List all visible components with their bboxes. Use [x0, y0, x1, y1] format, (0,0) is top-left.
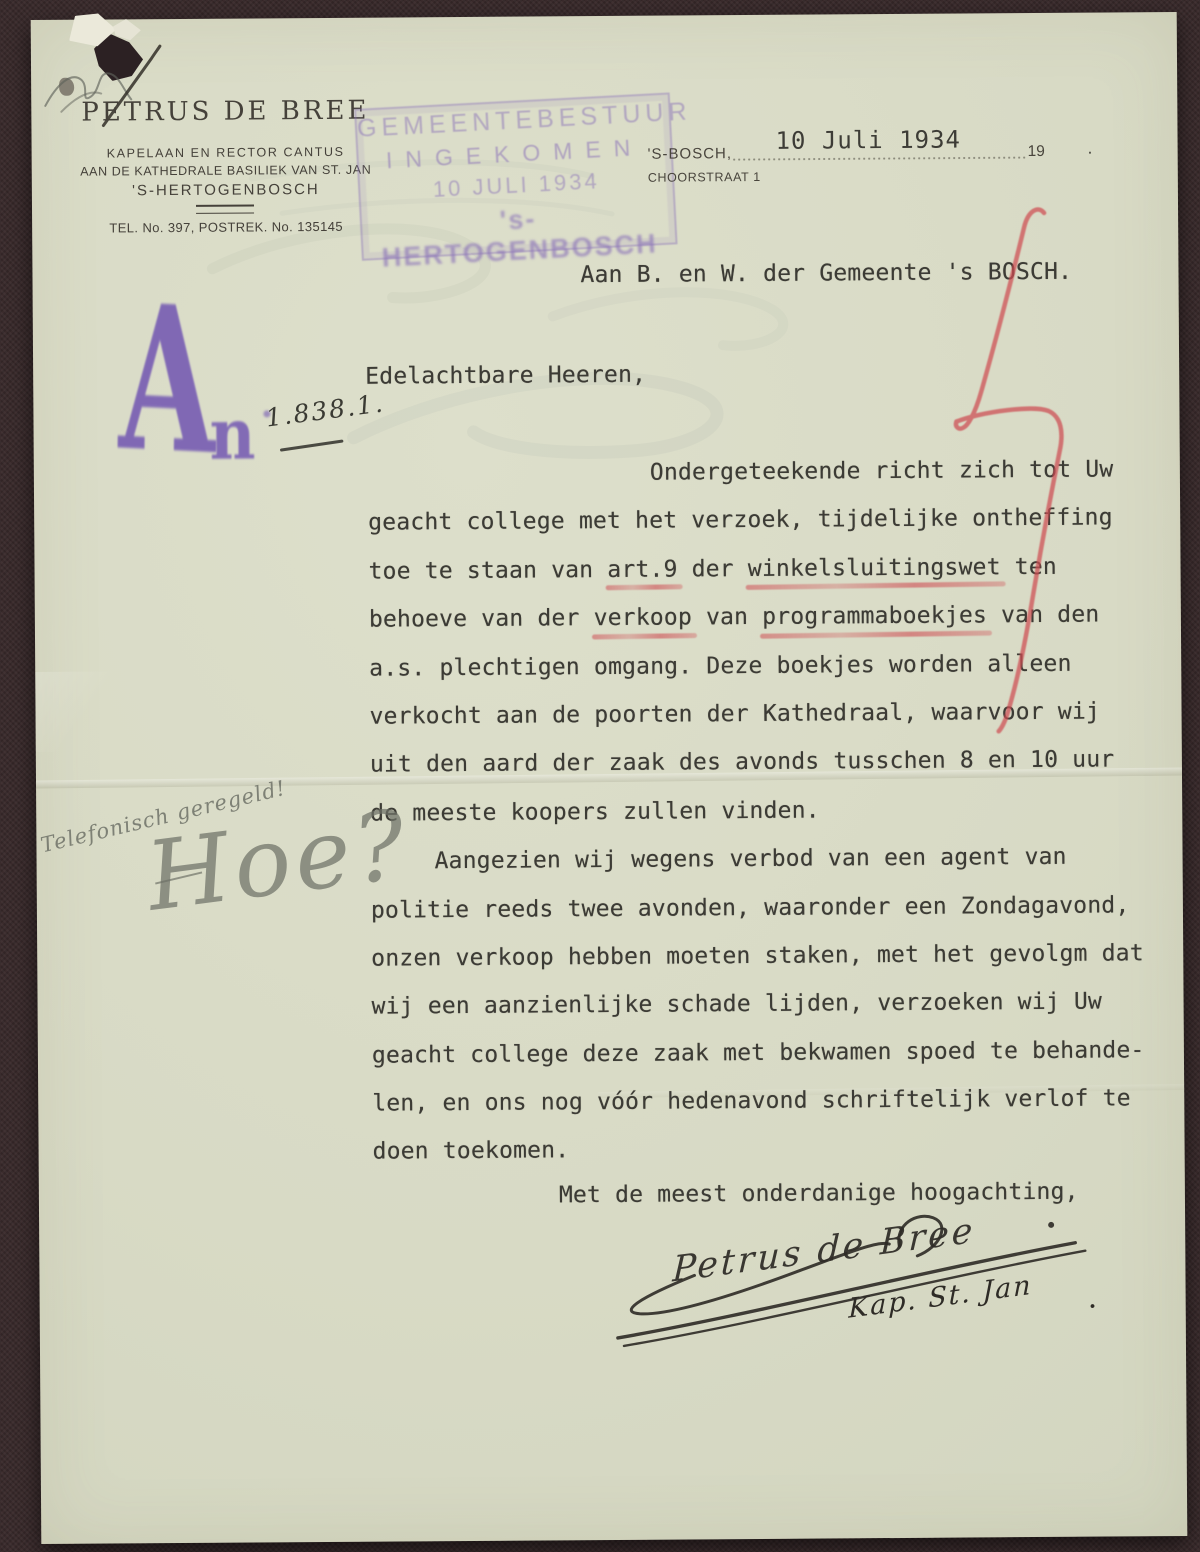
signature-period: . [1088, 1281, 1098, 1316]
signature-block: Petrus de Bree Kap. St. Jan . [599, 1202, 1145, 1371]
letter-page: PETRUS DE BREE KAPELAAN EN RECTOR CANTUS… [31, 12, 1188, 1544]
